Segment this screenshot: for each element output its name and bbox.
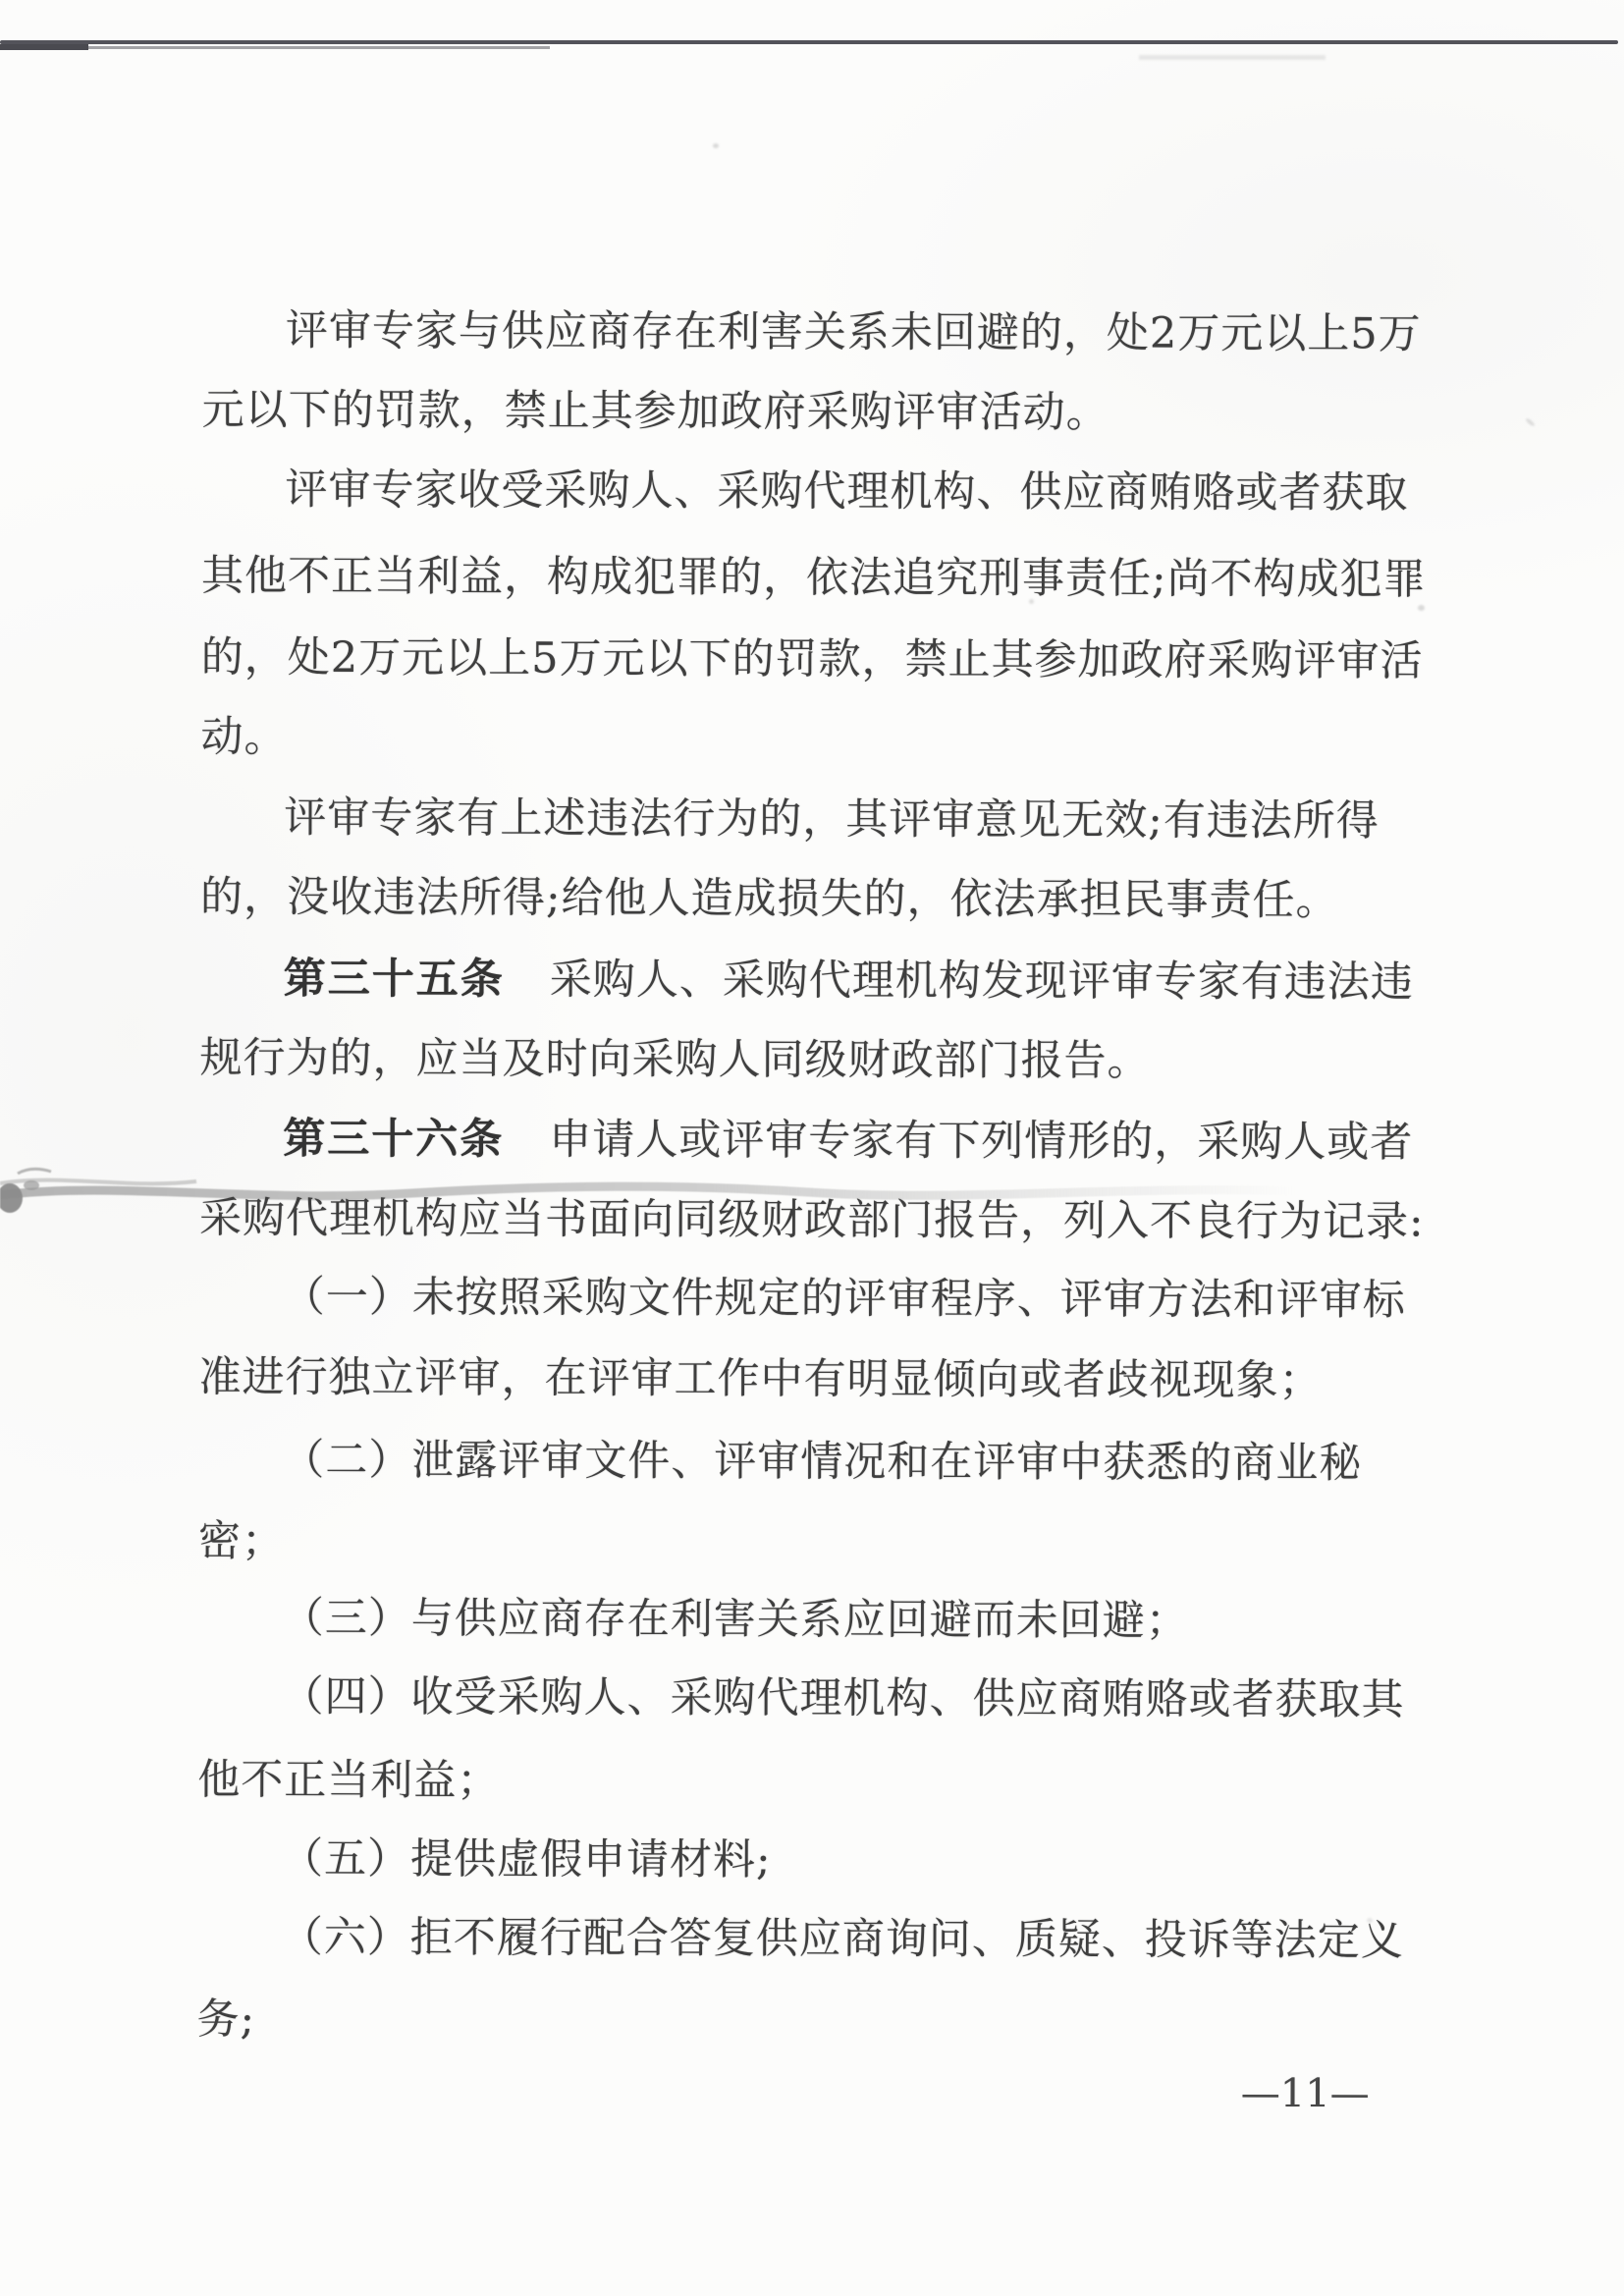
text-line: 他不正当利益； — [197, 1741, 500, 1821]
text-line: 的，处2万元以上5万元以下的罚款，禁止其参加政府采购评审活 — [201, 619, 1424, 701]
text-line: （三）与供应商存在利害关系应回避而未回避； — [282, 1579, 1189, 1661]
text-line: 第三十五条采购人、采购代理机构发现评审专家有违法违 — [284, 940, 1414, 1022]
text-line: 的，没收违法所得;给他人造成损失的，依法承担民事责任。 — [200, 858, 1339, 941]
text-line: 元以下的罚款，禁止其参加政府采购评审活动。 — [202, 371, 1110, 453]
text-line: （五）提供虚假申请材料; — [281, 1820, 772, 1900]
text-line: （一）未按照采购文件规定的评审程序、评审方法和评审标 — [283, 1258, 1406, 1340]
text-line: （二）泄露评审文件、评审情况和在评审中获悉的商业秘 — [282, 1421, 1362, 1503]
article-number: 第三十六条 — [283, 1115, 504, 1165]
text-line: 第三十六条申请人或评审专家有下列情形的，采购人或者 — [283, 1100, 1413, 1182]
text-line: 评审专家有上述违法行为的，其评审意见无效;有违法所得 — [284, 779, 1380, 861]
text-line: （六）拒不履行配合答复供应商询问、质疑、投诉等法定义 — [281, 1898, 1404, 1981]
text-line: 评审专家收受采购人、采购代理机构、供应商贿赂或者获取 — [285, 451, 1408, 533]
text-line: 采购代理机构应当书面向同级财政部门报告，列入不良行为记录: — [199, 1179, 1425, 1262]
text-line: （四）收受采购人、采购代理机构、供应商贿赂或者获取其 — [281, 1658, 1404, 1740]
scanned-document-page: 评审专家与供应商存在利害关系未回避的，处2万元以上5万 元以下的罚款，禁止其参加… — [0, 0, 1624, 2296]
article-number: 第三十五条 — [284, 955, 505, 1005]
text-line: 密； — [198, 1503, 285, 1581]
text-line: 动。 — [200, 698, 287, 777]
text-line: 评审专家与供应商存在利害关系未回避的，处2万元以上5万 — [286, 292, 1422, 374]
document-text-block: 评审专家与供应商存在利害关系未回避的，处2万元以上5万 元以下的罚款，禁止其参加… — [0, 0, 1624, 2296]
text-line: 规行为的，应当及时向采购人同级财政部门报告。 — [199, 1019, 1150, 1101]
text-line: 准进行独立评审，在评审工作中有明显倾向或者歧视现象； — [198, 1339, 1322, 1421]
page-number: —11— — [1221, 2054, 1388, 2134]
text-line: 务; — [196, 1981, 255, 2059]
text-line: 其他不正当利益，构成犯罪的，依法追究刑事责任;尚不构成犯罪 — [201, 537, 1427, 620]
